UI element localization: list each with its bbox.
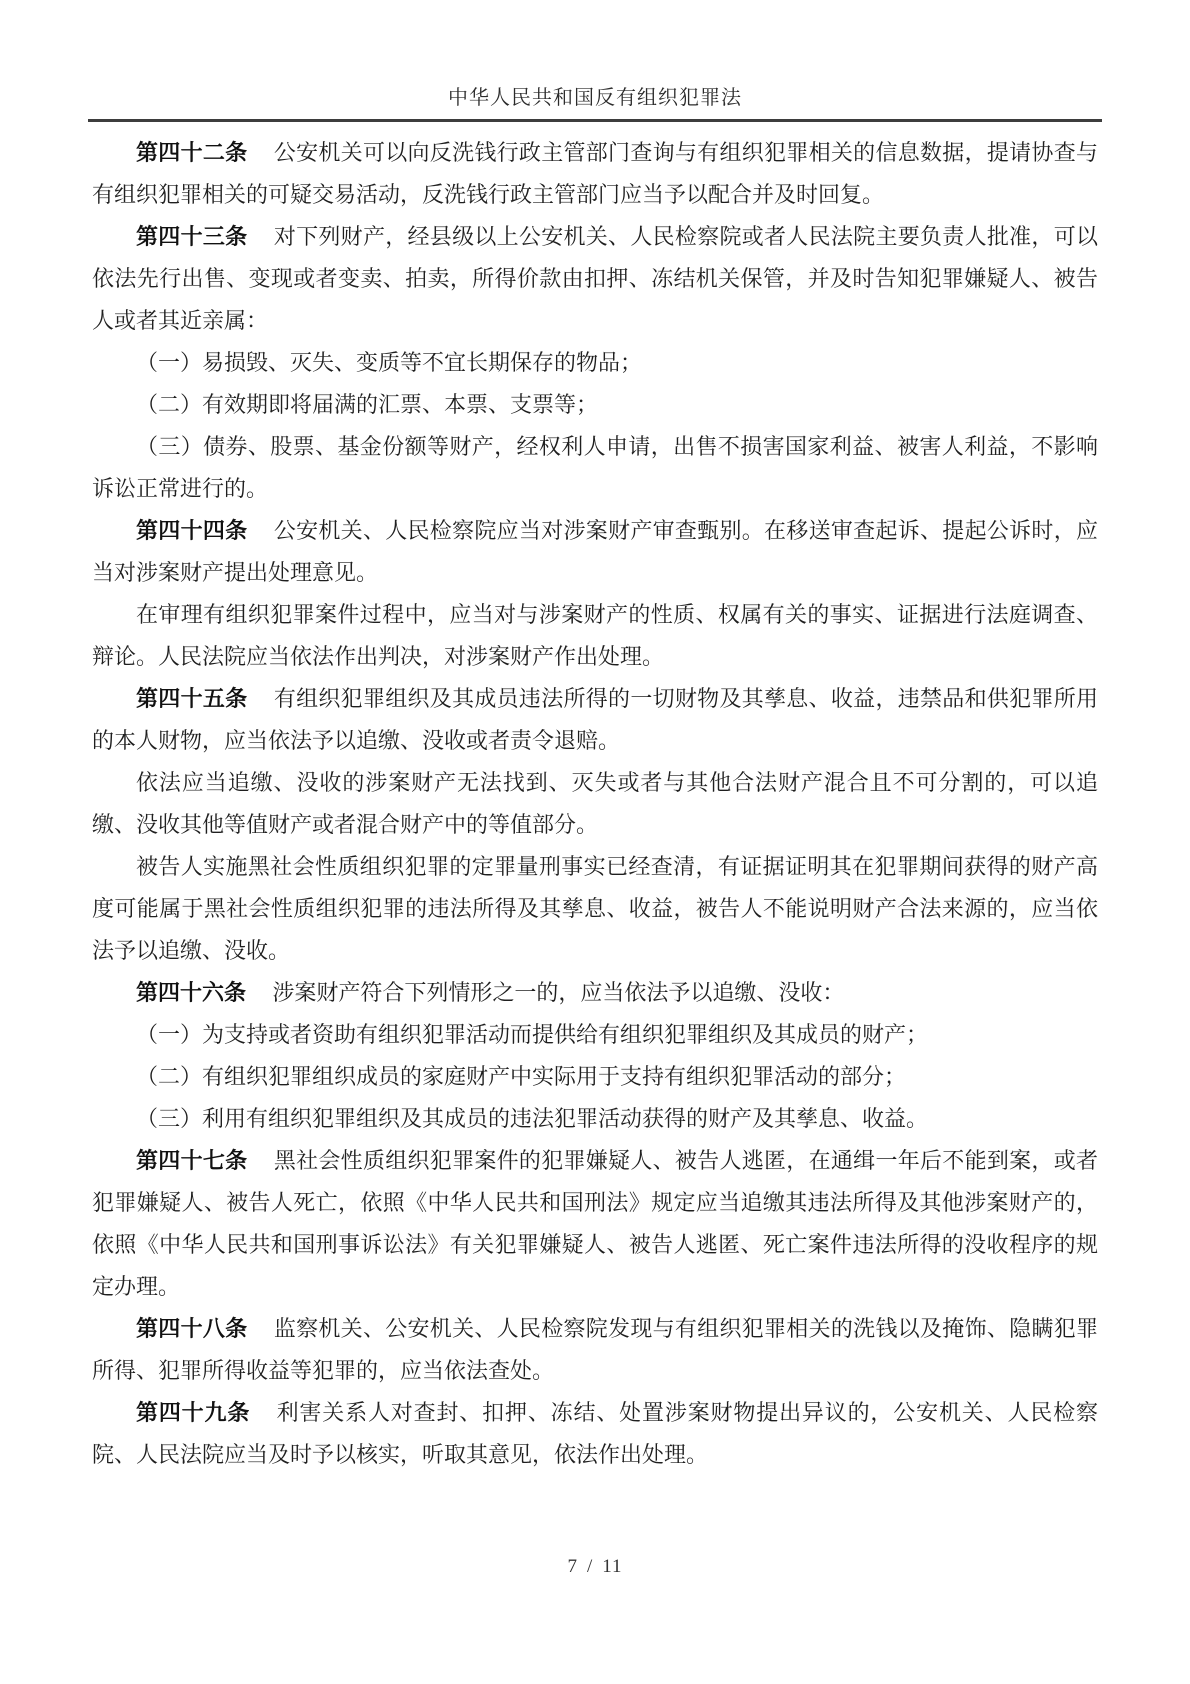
document-title: 中华人民共和国反有组织犯罪法 — [0, 84, 1190, 112]
article-45-paragraph-2-text: 依法应当追缴、没收的涉案财产无法找到、灭失或者与其他合法财产混合且不可分割的，可… — [92, 770, 1098, 837]
page-number: 7 — [567, 1556, 578, 1577]
article-46-text: 涉案财产符合下列情形之一的，应当依法予以追缴、没收： — [272, 980, 844, 1005]
article-45-paragraph-3: 被告人实施黑社会性质组织犯罪的定罪量刑事实已经查清，有证据证明其在犯罪期间获得的… — [92, 846, 1098, 972]
article-44-paragraph: 第四十四条公安机关、人民检察院应当对涉案财产审查甄别。在移送审查起诉、提起公诉时… — [92, 510, 1098, 594]
article-49-label: 第四十九条 — [136, 1400, 250, 1425]
article-45-paragraph-3-text: 被告人实施黑社会性质组织犯罪的定罪量刑事实已经查清，有证据证明其在犯罪期间获得的… — [92, 854, 1098, 963]
article-46-item-1: （一）为支持或者资助有组织犯罪活动而提供给有组织犯罪组织及其成员的财产； — [92, 1014, 1098, 1056]
article-43-item-3: （三）债券、股票、基金份额等财产，经权利人申请，出售不损害国家利益、被害人利益，… — [92, 426, 1098, 510]
article-48-paragraph: 第四十八条监察机关、公安机关、人民检察院发现与有组织犯罪相关的洗钱以及掩饰、隐瞒… — [92, 1308, 1098, 1392]
page-separator: / — [587, 1556, 593, 1577]
article-46-item-3-text: （三）利用有组织犯罪组织及其成员的违法犯罪活动获得的财产及其孳息、收益。 — [136, 1106, 928, 1131]
article-46-item-3: （三）利用有组织犯罪组织及其成员的违法犯罪活动获得的财产及其孳息、收益。 — [92, 1098, 1098, 1140]
article-48-label: 第四十八条 — [136, 1316, 247, 1341]
article-43-item-1: （一）易损毁、灭失、变质等不宜长期保存的物品； — [92, 342, 1098, 384]
article-47-label: 第四十七条 — [136, 1148, 247, 1173]
document-page: 中华人民共和国反有组织犯罪法 第四十二条公安机关可以向反洗钱行政主管部门查询与有… — [0, 0, 1190, 1684]
article-43-label: 第四十三条 — [136, 224, 247, 249]
article-44-paragraph-2-text: 在审理有组织犯罪案件过程中，应当对与涉案财产的性质、权属有关的事实、证据进行法庭… — [92, 602, 1098, 669]
document-body: 第四十二条公安机关可以向反洗钱行政主管部门查询与有组织犯罪相关的信息数据，提请协… — [0, 122, 1190, 1476]
article-49-paragraph: 第四十九条利害关系人对查封、扣押、冻结、处置涉案财物提出异议的，公安机关、人民检… — [92, 1392, 1098, 1476]
document-header: 中华人民共和国反有组织犯罪法 — [0, 0, 1190, 122]
article-42-paragraph: 第四十二条公安机关可以向反洗钱行政主管部门查询与有组织犯罪相关的信息数据，提请协… — [92, 132, 1098, 216]
article-47-paragraph: 第四十七条黑社会性质组织犯罪案件的犯罪嫌疑人、被告人逃匿，在通缉一年后不能到案，… — [92, 1140, 1098, 1308]
page-footer: 7/11 — [0, 1556, 1190, 1578]
article-43-item-2: （二）有效期即将届满的汇票、本票、支票等； — [92, 384, 1098, 426]
article-43-item-2-text: （二）有效期即将届满的汇票、本票、支票等； — [136, 392, 598, 417]
article-44-paragraph-2: 在审理有组织犯罪案件过程中，应当对与涉案财产的性质、权属有关的事实、证据进行法庭… — [92, 594, 1098, 678]
article-43-item-1-text: （一）易损毁、灭失、变质等不宜长期保存的物品； — [136, 350, 642, 375]
article-43-paragraph: 第四十三条对下列财产，经县级以上公安机关、人民检察院或者人民法院主要负责人批准，… — [92, 216, 1098, 342]
article-46-item-2: （二）有组织犯罪组织成员的家庭财产中实际用于支持有组织犯罪活动的部分； — [92, 1056, 1098, 1098]
article-43-item-3-text: （三）债券、股票、基金份额等财产，经权利人申请，出售不损害国家利益、被害人利益，… — [92, 434, 1098, 501]
article-42-label: 第四十二条 — [136, 140, 247, 165]
article-44-label: 第四十四条 — [136, 518, 247, 543]
article-45-paragraph: 第四十五条有组织犯罪组织及其成员违法所得的一切财物及其孳息、收益，违禁品和供犯罪… — [92, 678, 1098, 762]
total-pages: 11 — [602, 1556, 622, 1577]
article-46-item-1-text: （一）为支持或者资助有组织犯罪活动而提供给有组织犯罪组织及其成员的财产； — [136, 1022, 928, 1047]
article-45-paragraph-2: 依法应当追缴、没收的涉案财产无法找到、灭失或者与其他合法财产混合且不可分割的，可… — [92, 762, 1098, 846]
article-46-label: 第四十六条 — [136, 980, 246, 1005]
article-46-item-2-text: （二）有组织犯罪组织成员的家庭财产中实际用于支持有组织犯罪活动的部分； — [136, 1064, 906, 1089]
article-45-label: 第四十五条 — [136, 686, 247, 711]
article-46-paragraph: 第四十六条涉案财产符合下列情形之一的，应当依法予以追缴、没收： — [92, 972, 1098, 1014]
